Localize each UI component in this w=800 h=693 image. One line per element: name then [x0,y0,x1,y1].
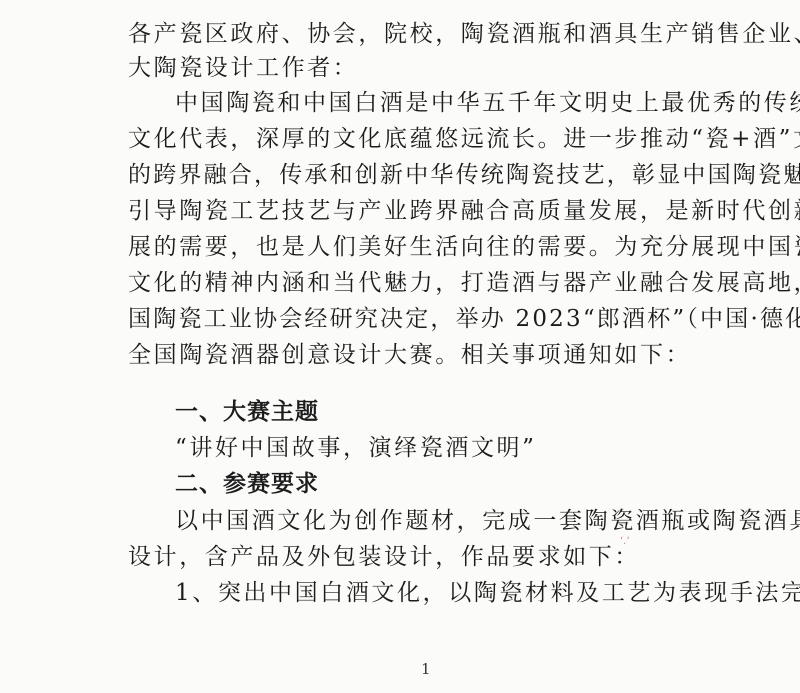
paragraph-line: 的跨界融合，传承和创新中华传统陶瓷技艺，彰显中国陶瓷魅力， [128,160,728,190]
page-number: 1 [421,660,431,678]
paragraph-line: 展的需要，也是人们美好生活向往的需要。为充分展现中国瓷酒 [128,232,728,262]
paragraph-line: 文化的精神内涵和当代魅力，打造酒与器产业融合发展高地，中 [128,268,728,298]
paragraph-line: 设计，含产品及外包装设计，作品要求如下： [128,542,728,572]
paragraph-line: 文化代表，深厚的文化底蕴悠远流长。进一步推动“瓷+酒”文化 [128,124,728,154]
list-item: 1、突出中国白酒文化，以陶瓷材料及工艺为表现手法完成 [175,578,775,608]
document-page: 各产瓷区政府、协会，院校，陶瓷酒瓶和酒具生产销售企业、广 大陶瓷设计工作者： 中… [0,0,800,693]
addressee-line: 大陶瓷设计工作者： [128,53,728,83]
paragraph-line: 全国陶瓷酒器创意设计大赛。相关事项通知如下： [128,340,728,370]
paragraph-line: 以中国酒文化为创作题材，完成一套陶瓷酒瓶或陶瓷酒具的 [175,506,775,536]
paragraph-line: 引导陶瓷工艺技艺与产业跨界融合高质量发展，是新时代创新发 [128,196,728,226]
section-heading-requirements: 二、参赛要求 [175,469,775,499]
section-heading-theme: 一、大赛主题 [175,397,775,427]
paragraph-line: 国陶瓷工业协会经研究决定，举办 2023“郎酒杯”（中国·德化） [128,304,728,334]
theme-text: “讲好中国故事，演绎瓷酒文明” [175,433,775,463]
addressee-line: 各产瓷区政府、协会，院校，陶瓷酒瓶和酒具生产销售企业、广 [128,19,728,49]
ink-mark: ‘.‘ [620,536,638,546]
paragraph-line: 中国陶瓷和中国白酒是中华五千年文明史上最优秀的传统 [175,88,775,118]
